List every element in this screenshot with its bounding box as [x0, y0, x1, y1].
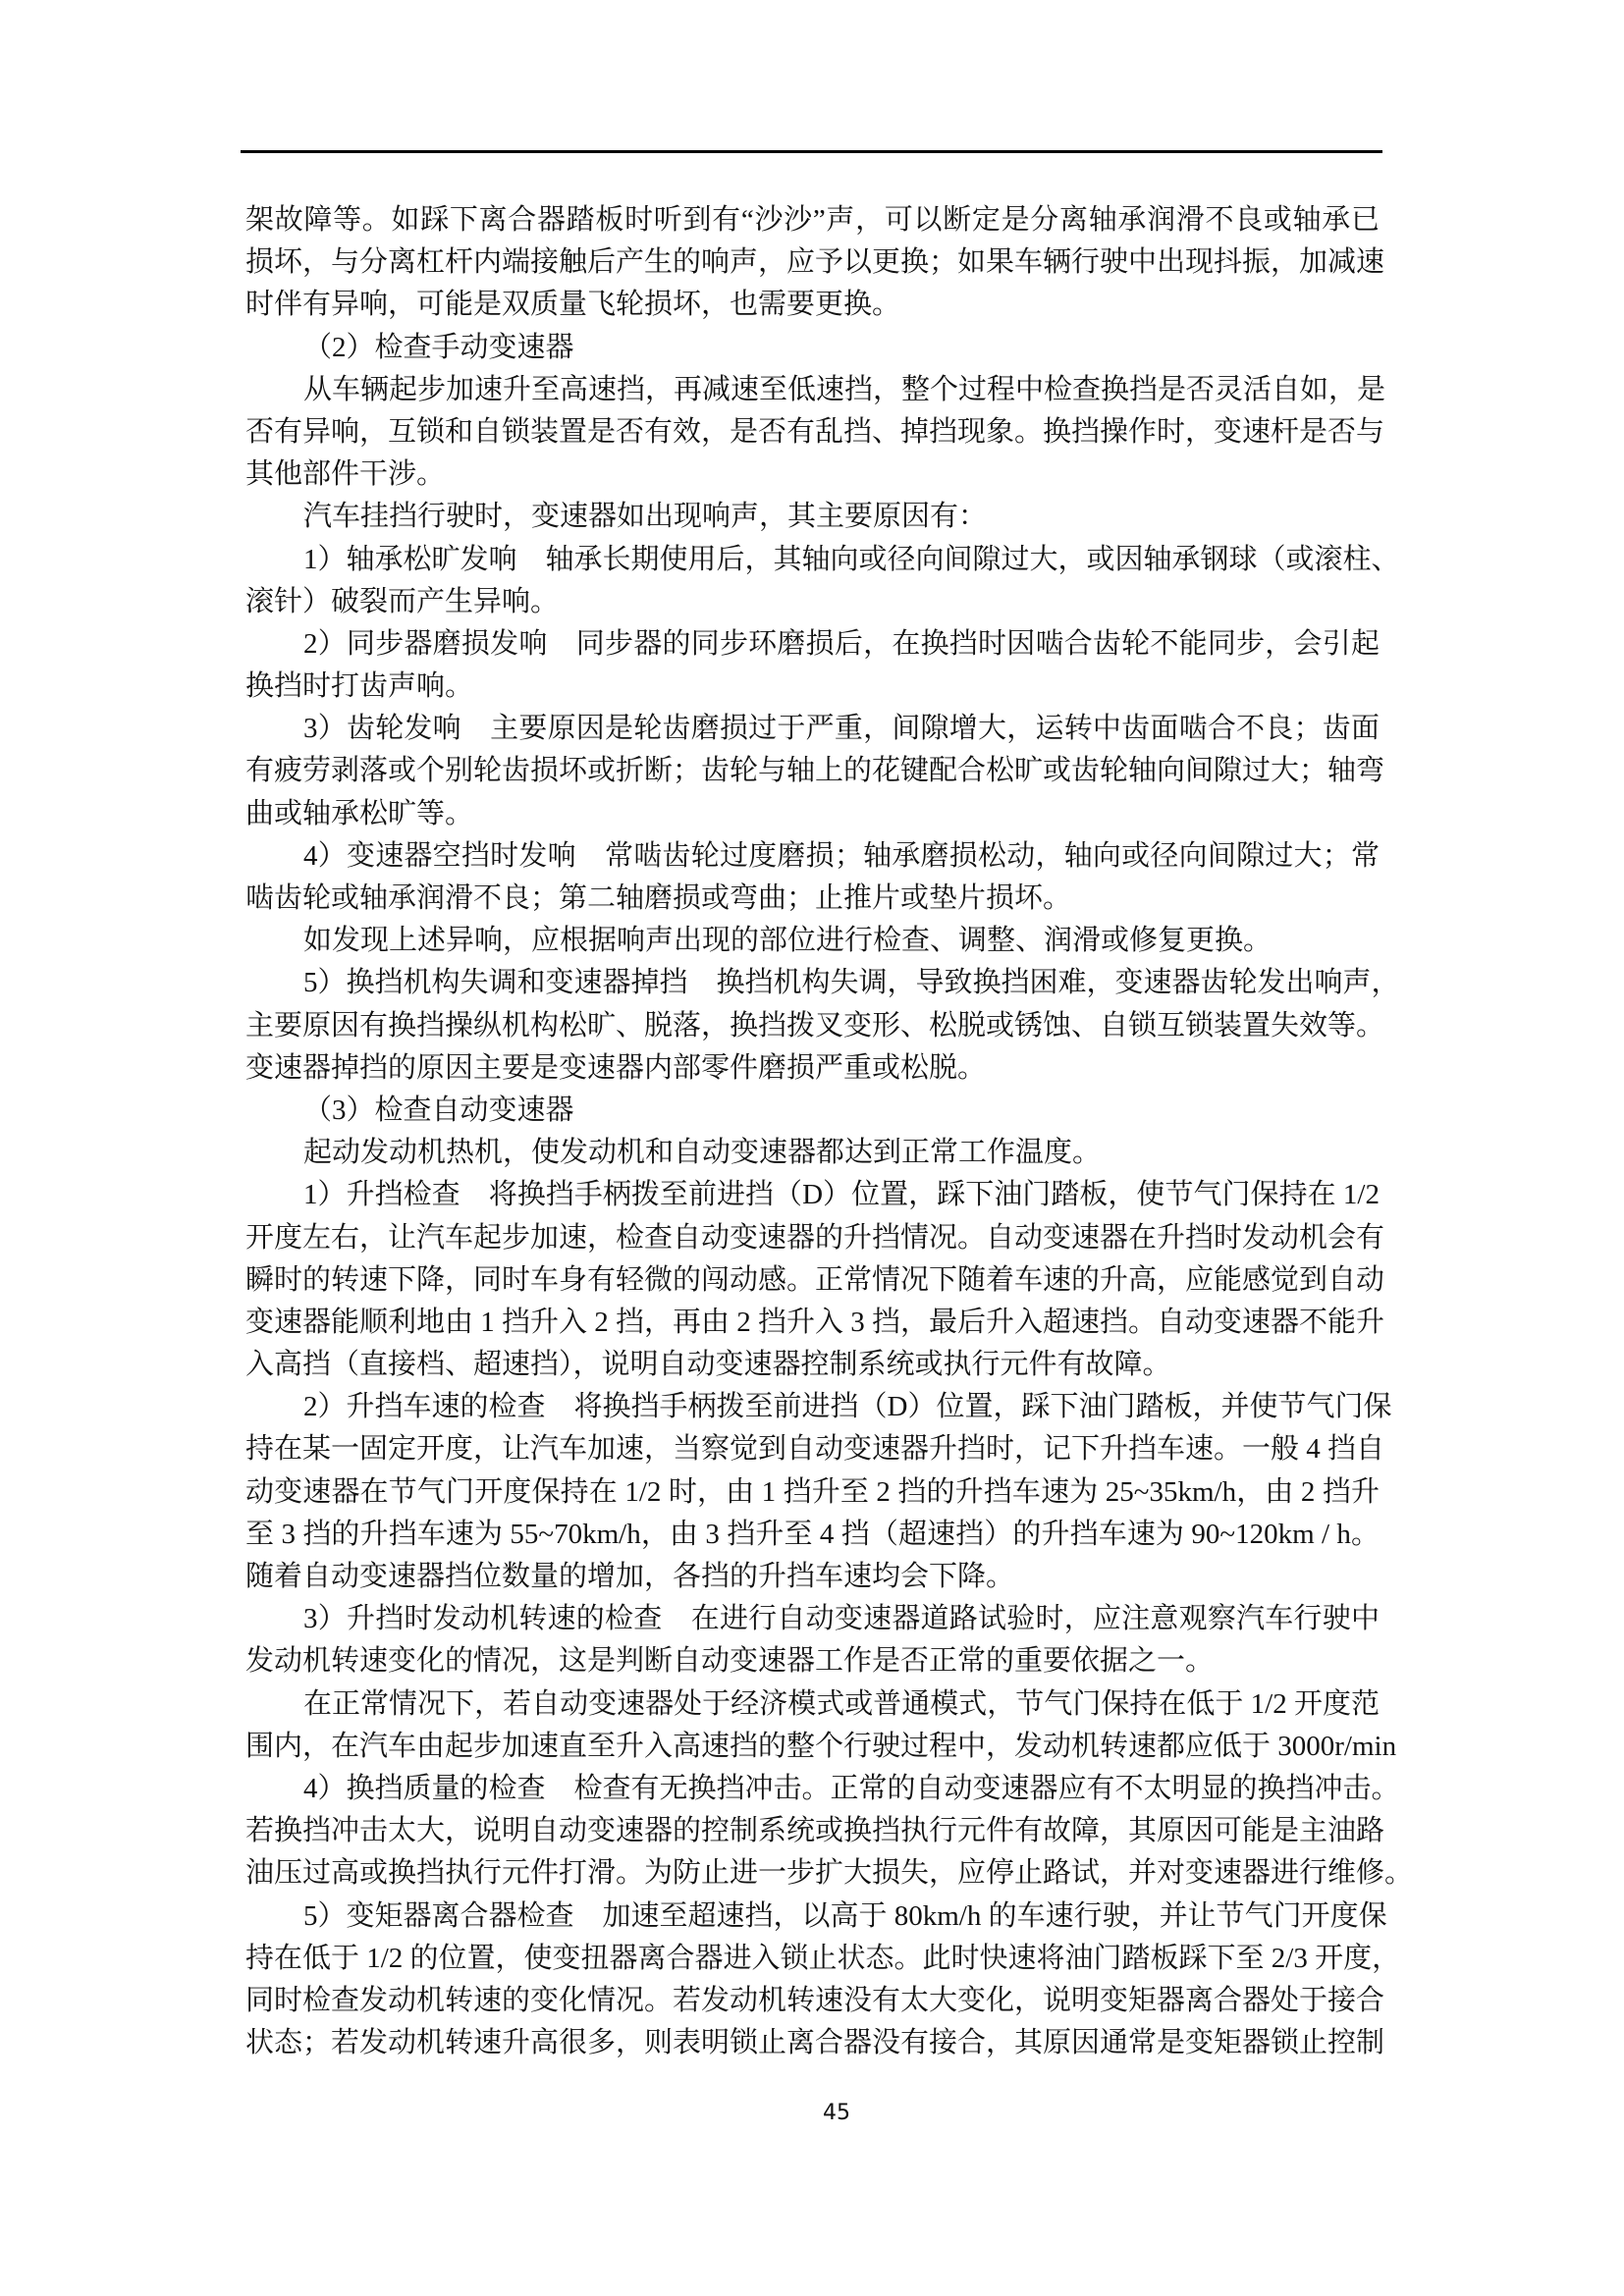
text-line: 否有异响，互锁和自锁装置是否有效，是否有乱挡、掉挡现象。换挡操作时，变速杆是否与 [245, 411, 1380, 454]
text-line: 油压过高或换挡执行元件打滑。为防止进一步扩大损失，应停止路试，并对变速器进行维修… [245, 1852, 1380, 1895]
text-line: 1）升挡检查 将换挡手柄拨至前进挡（D）位置，踩下油门踏板，使节气门保持在 1/… [245, 1174, 1380, 1216]
text-line: 如发现上述异响，应根据响声出现的部位进行检查、调整、润滑或修复更换。 [245, 920, 1380, 962]
page-number: 45 [805, 2101, 868, 2125]
text-line: 主要原因有换挡操纵机构松旷、脱落，换挡拨叉变形、松脱或锈蚀、自锁互锁装置失效等。 [245, 1005, 1380, 1047]
text-line: 其他部件干涉。 [245, 454, 1380, 496]
text-line: 有疲劳剥落或个别轮齿损坏或折断；齿轮与轴上的花键配合松旷或齿轮轴向间隙过大；轴弯 [245, 750, 1380, 792]
text-line: 2）升挡车速的检查 将换挡手柄拨至前进挡（D）位置，踩下油门踏板，并使节气门保 [245, 1386, 1380, 1428]
text-line: 3）齿轮发响 主要原因是轮齿磨损过于严重，间隙增大，运转中齿面啮合不良；齿面 [245, 708, 1380, 750]
text-line: 状态；若发动机转速升高很多，则表明锁止离合器没有接合，其原因通常是变矩器锁止控制 [245, 2022, 1380, 2064]
text-line: 啮齿轮或轴承润滑不良；第二轴磨损或弯曲；止推片或垫片损坏。 [245, 878, 1380, 920]
text-line: 5）换挡机构失调和变速器掉挡 换挡机构失调，导致换挡困难，变速器齿轮发出响声， [245, 962, 1380, 1004]
text-line: 架故障等。如踩下离合器踏板时听到有“沙沙”声，可以断定是分离轴承润滑不良或轴承已 [245, 199, 1380, 241]
section-heading: （2）检查手动变速器 [245, 327, 1380, 369]
text-line: 换挡时打齿声响。 [245, 666, 1380, 708]
text-line: 持在低于 1/2 的位置，使变扭器离合器进入锁止状态。此时快速将油门踏板踩下至 … [245, 1938, 1380, 1980]
text-line: 4）变速器空挡时发响 常啮齿轮过度磨损；轴承磨损松动，轴向或径向间隙过大；常 [245, 835, 1380, 878]
text-line: 若换挡冲击太大，说明自动变速器的控制系统或换挡执行元件有故障，其原因可能是主油路 [245, 1810, 1380, 1852]
text-line: 曲或轴承松旷等。 [245, 793, 1380, 835]
text-line: 5）变矩器离合器检查 加速至超速挡，以高于 80km/h 的车速行驶，并让节气门… [245, 1896, 1380, 1938]
text-line: 开度左右，让汽车起步加速，检查自动变速器的升挡情况。自动变速器在升挡时发动机会有 [245, 1217, 1380, 1259]
text-line: 持在某一固定开度，让汽车加速，当察觉到自动变速器升挡时，记下升挡车速。一般 4 … [245, 1428, 1380, 1470]
body-text: 架故障等。如踩下离合器踏板时听到有“沙沙”声，可以断定是分离轴承润滑不良或轴承已… [245, 199, 1380, 2064]
header-rule [241, 150, 1382, 153]
text-line: 汽车挂挡行驶时，变速器如出现响声，其主要原因有： [245, 496, 1380, 538]
section-heading: （3）检查自动变速器 [245, 1090, 1380, 1132]
text-line: 1）轴承松旷发响 轴承长期使用后，其轴向或径向间隙过大，或因轴承钢球（或滚柱、 [245, 539, 1380, 581]
text-line: 发动机转速变化的情况，这是判断自动变速器工作是否正常的重要依据之一。 [245, 1640, 1380, 1682]
text-line: 同时检查发动机转速的变化情况。若发动机转速没有太大变化，说明变矩器离合器处于接合 [245, 1980, 1380, 2022]
text-line: 滚针）破裂而产生异响。 [245, 581, 1380, 623]
text-line: 随着自动变速器挡位数量的增加，各挡的升挡车速均会下降。 [245, 1556, 1380, 1598]
text-line: 2）同步器磨损发响 同步器的同步环磨损后，在换挡时因啮合齿轮不能同步，会引起 [245, 623, 1380, 666]
text-line: 至 3 挡的升挡车速为 55~70km/h，由 3 挡升至 4 挡（超速挡）的升… [245, 1514, 1380, 1556]
document-page: 架故障等。如踩下离合器踏板时听到有“沙沙”声，可以断定是分离轴承润滑不良或轴承已… [0, 0, 1624, 2296]
text-line: 在正常情况下，若自动变速器处于经济模式或普通模式，节气门保持在低于 1/2 开度… [245, 1683, 1380, 1726]
text-line: 围内，在汽车由起步加速直至升入高速挡的整个行驶过程中，发动机转速都应低于 300… [245, 1726, 1380, 1768]
text-line: 变速器能顺利地由 1 挡升入 2 挡，再由 2 挡升入 3 挡，最后升入超速挡。… [245, 1302, 1380, 1344]
text-line: 3）升挡时发动机转速的检查 在进行自动变速器道路试验时，应注意观察汽车行驶中 [245, 1598, 1380, 1640]
text-line: 从车辆起步加速升至高速挡，再减速至低速挡，整个过程中检查换挡是否灵活自如，是 [245, 369, 1380, 411]
text-line: 起动发动机热机，使发动机和自动变速器都达到正常工作温度。 [245, 1132, 1380, 1174]
text-line: 动变速器在节气门开度保持在 1/2 时，由 1 挡升至 2 挡的升挡车速为 25… [245, 1471, 1380, 1514]
text-line: 瞬时的转速下降，同时车身有轻微的闯动感。正常情况下随着车速的升高，应能感觉到自动 [245, 1259, 1380, 1302]
text-line: 入高挡（直接档、超速挡），说明自动变速器控制系统或执行元件有故障。 [245, 1344, 1380, 1386]
text-line: 4）换挡质量的检查 检查有无换挡冲击。正常的自动变速器应有不太明显的换挡冲击。 [245, 1768, 1380, 1810]
text-line: 损坏，与分离杠杆内端接触后产生的响声，应予以更换；如果车辆行驶中出现抖振，加减速 [245, 241, 1380, 284]
text-line: 时伴有异响，可能是双质量飞轮损坏，也需要更换。 [245, 284, 1380, 326]
text-line: 变速器掉挡的原因主要是变速器内部零件磨损严重或松脱。 [245, 1047, 1380, 1090]
